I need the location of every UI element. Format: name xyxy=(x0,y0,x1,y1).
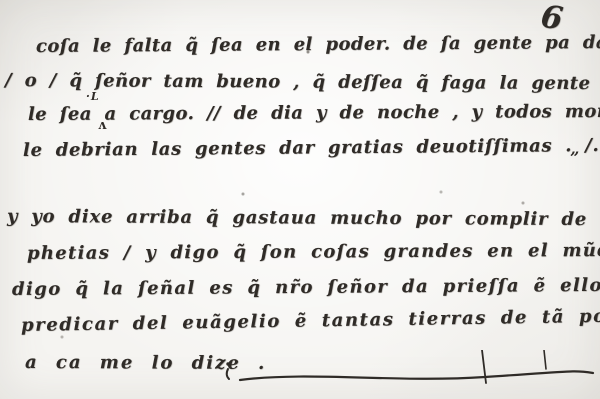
manuscript-line-6: phetias / y digo q̃ ſon coſas grandes en… xyxy=(27,240,600,264)
insertion-mark-above: ·L xyxy=(86,90,100,103)
manuscript-line-3: le ſea a cargo. // de dia y de noche , y… xyxy=(28,101,600,125)
insertion-caret: ʌ xyxy=(98,118,106,133)
manuscript-line-5: y yo dixe arriba q̃ gastaua mucho por co… xyxy=(7,206,600,231)
manuscript-page: 6 coſa le falta q̃ ſea en el poder. de ſ… xyxy=(0,0,600,399)
manuscript-line-7: digo q̃ la ſeñal es q̃ nr̃o ſeñor da pri… xyxy=(12,275,600,300)
manuscript-line-9: a ca me lo dize . xyxy=(25,352,266,374)
manuscript-line-4: le debrian las gentes dar gratias deuoti… xyxy=(23,135,600,161)
paragraph-end-flourish-mark: ” xyxy=(570,148,579,167)
manuscript-line-8: predicar del euãgelio ẽ tantas tierras d… xyxy=(21,305,600,336)
manuscript-line-1: coſa le falta q̃ ſea en el poder. de ſa … xyxy=(36,31,600,57)
end-flourish-line xyxy=(215,350,597,394)
